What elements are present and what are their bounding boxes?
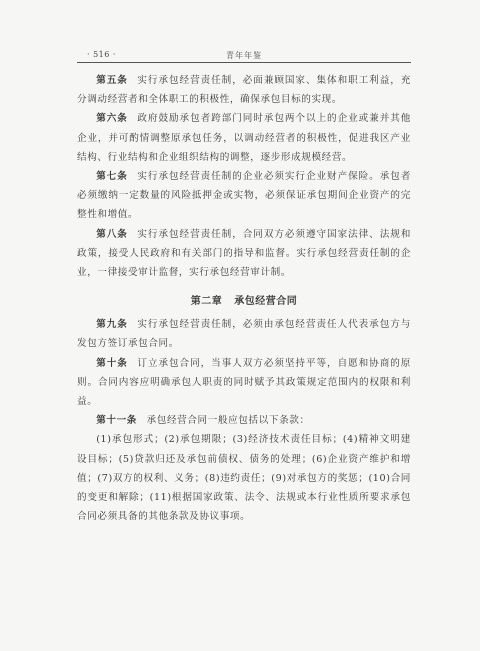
article-label: 第六条 [96, 113, 128, 124]
article-label: 第七条 [96, 171, 128, 182]
article-label: 第五条 [96, 75, 128, 86]
document-page: · 516 · 青年年鉴 第五条实行承包经营责任制，必面兼顾国家、集体和职工利益… [77, 48, 411, 526]
article-5: 第五条实行承包经营责任制，必面兼顾国家、集体和职工利益，充分调动经营者和全体职工… [77, 71, 411, 109]
running-title: 青年年鉴 [77, 50, 411, 61]
article-9: 第九条实行承包经营责任制，必须由承包经营责任人代表承包方与发包方签订承包合同。 [77, 315, 411, 353]
chapter-heading: 第二章承包经营合同 [77, 292, 411, 307]
article-6: 第六条政府鼓励承包者跨部门同时承包两个以上的企业或兼并其他企业，并可酌情调整原承… [77, 109, 411, 167]
article-label: 第十条 [96, 358, 128, 369]
clauses-list: (1)承包形式；(2)承包期限；(3)经济技术责任目标；(4)精神文明建设目标；… [77, 430, 411, 526]
article-11: 第十一条承包经营合同一般应包括以下条款： [77, 411, 411, 430]
article-text: 承包经营合同一般应包括以下条款： [147, 415, 310, 426]
article-7: 第七条实行承包经营责任制的企业必须实行企业财产保险。承包者必须缴纳一定数量的风险… [77, 167, 411, 225]
article-10: 第十条订立承包合同，当事人双方必须坚持平等，自愿和协商的原则。合同内容应明确承包… [77, 354, 411, 412]
article-label: 第八条 [96, 229, 128, 240]
page-header: · 516 · 青年年鉴 [77, 48, 411, 63]
article-label: 第十一条 [96, 415, 137, 426]
article-8: 第八条实行承包经营责任制，合同双方必须遵守国家法律、法规和政策，接受人民政府和有… [77, 225, 411, 283]
page-body: 第五条实行承包经营责任制，必面兼顾国家、集体和职工利益，充分调动经营者和全体职工… [77, 71, 411, 526]
article-label: 第九条 [96, 319, 128, 330]
chapter-number: 第二章 [191, 296, 223, 307]
chapter-title: 承包经营合同 [234, 296, 297, 307]
